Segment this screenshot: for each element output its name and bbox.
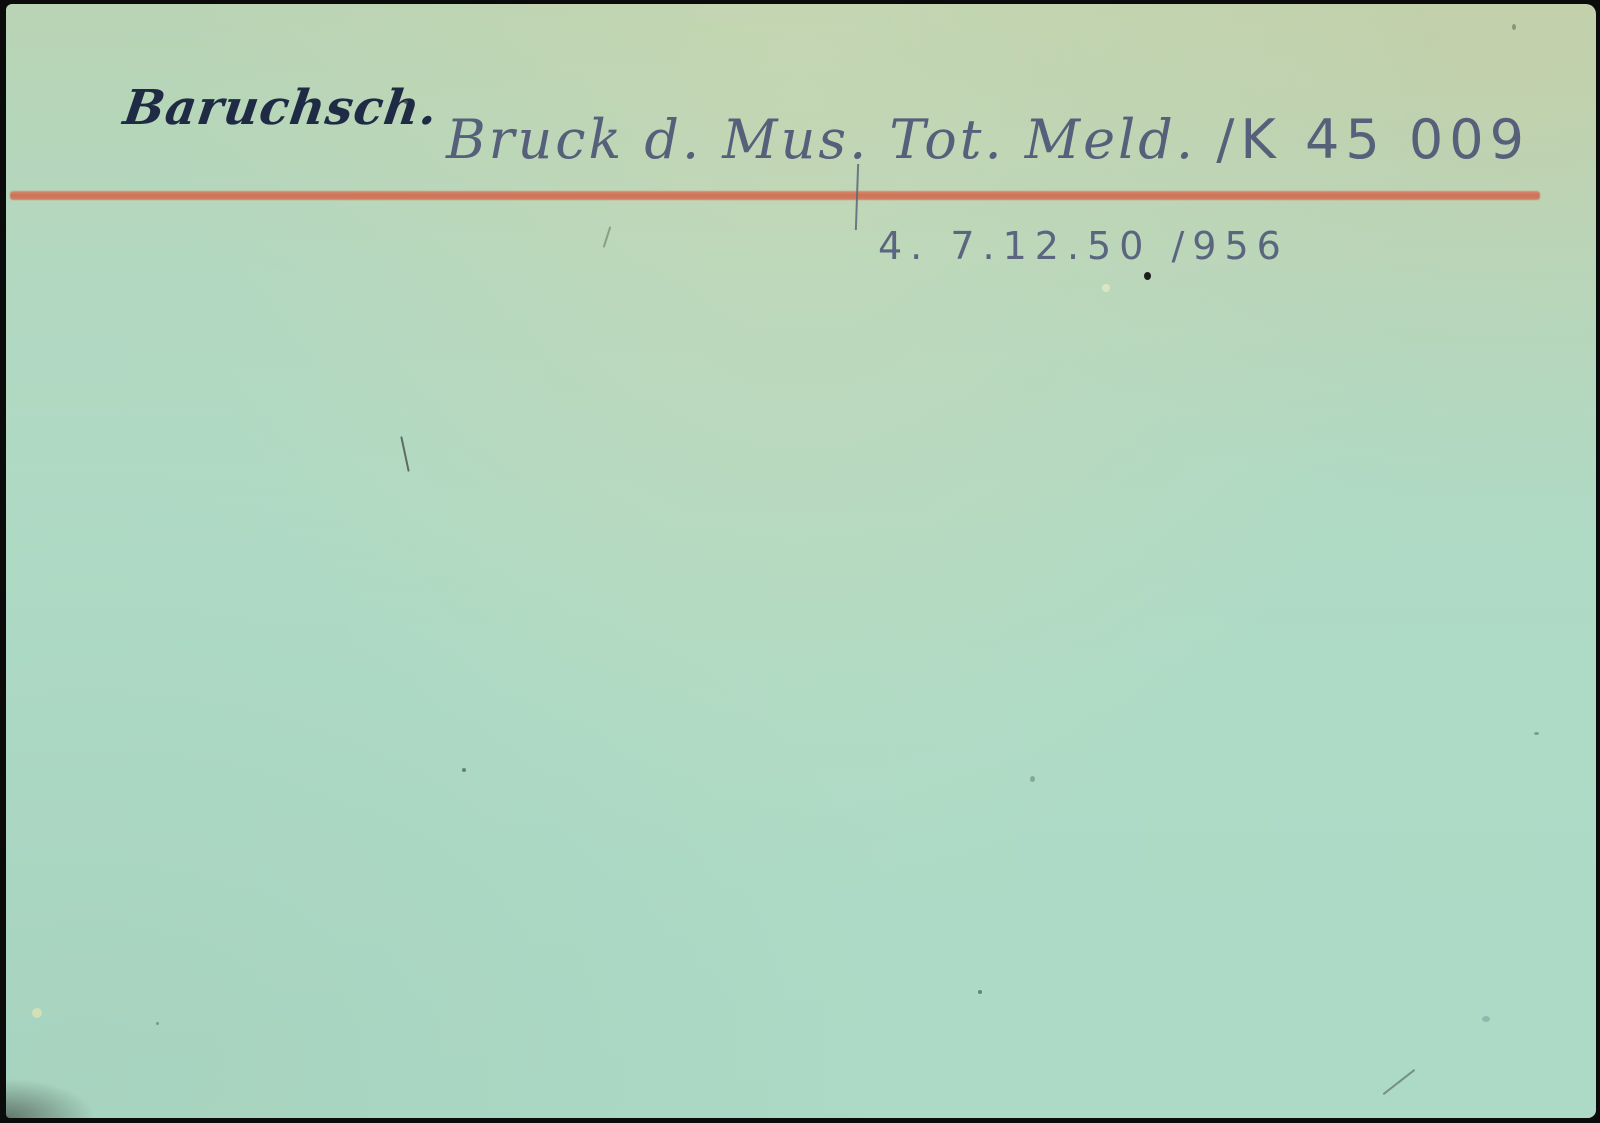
corner-shadow	[6, 1078, 96, 1118]
reference-number: /K 45 009	[1216, 108, 1530, 171]
header-line-handwritten: Bruck d. Mus. Tot. Meld. /K 45 009	[446, 108, 1530, 171]
index-card: Baruchsch. Bruck d. Mus. Tot. Meld. /K 4…	[6, 4, 1596, 1118]
paper-speck	[1512, 24, 1516, 30]
scanned-card-image: Baruchsch. Bruck d. Mus. Tot. Meld. /K 4…	[0, 0, 1600, 1123]
paper-speck	[1030, 776, 1035, 782]
header-line-text: Bruck d. Mus. Tot. Meld.	[446, 108, 1196, 171]
file-number: /956	[1171, 224, 1288, 268]
surname-handwritten: Baruchsch.	[120, 80, 442, 136]
paper-fibre	[603, 226, 612, 248]
paper-speck	[32, 1008, 42, 1018]
date-line-handwritten: 4. 7.12.50 /956	[878, 224, 1289, 268]
date-text: 4. 7.12.50	[878, 224, 1151, 268]
paper-speck	[462, 768, 466, 772]
red-header-rule	[10, 191, 1540, 200]
paper-speck	[156, 1022, 159, 1025]
paper-speck	[1482, 1016, 1490, 1022]
paper-speck	[1102, 284, 1110, 292]
ink-dot	[1144, 272, 1151, 280]
paper-speck	[404, 100, 408, 104]
paper-fibre	[1383, 1069, 1416, 1095]
paper-speck	[978, 990, 982, 994]
paper-fibre	[400, 436, 409, 472]
paper-speck	[1534, 732, 1539, 735]
